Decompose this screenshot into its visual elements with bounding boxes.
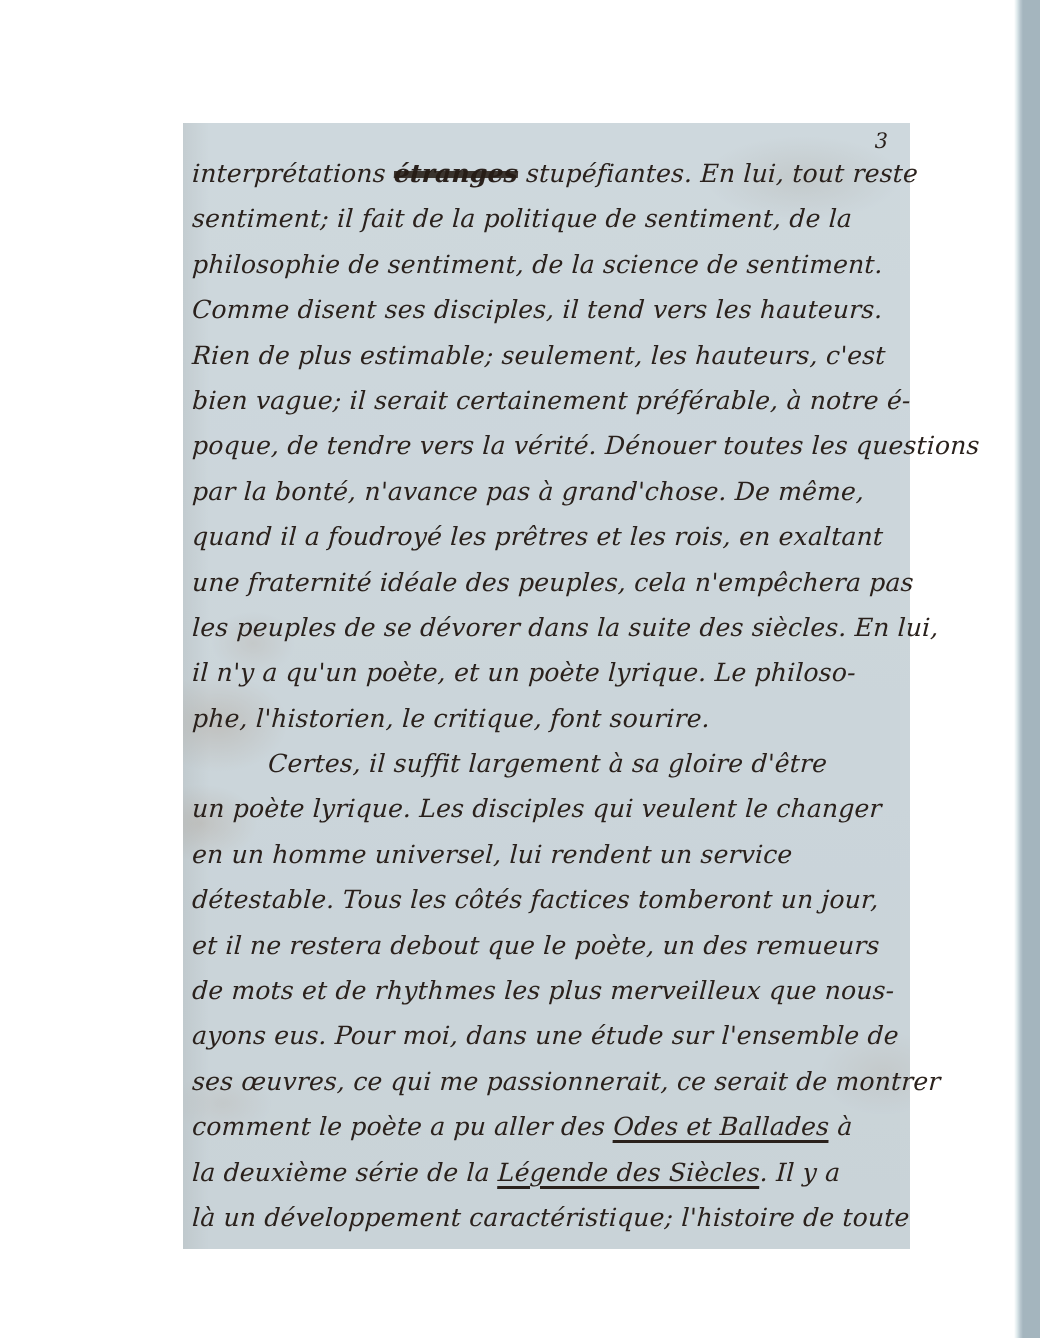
- text-segment: ayons eus. Pour moi, dans une étude sur …: [191, 1021, 899, 1050]
- manuscript-page: 3 interprétations étranges stupéfiantes.…: [183, 123, 910, 1249]
- text-segment: une fraternité idéale des peuples, cela …: [191, 568, 914, 597]
- text-segment: Comme disent ses disciples, il tend vers…: [191, 295, 883, 324]
- text-segment: par la bonté, n'avance pas à grand'chose…: [191, 477, 865, 506]
- text-segment: phe, l'historien, le critique, font sour…: [191, 704, 710, 733]
- text-segment: les peuples de se dévorer dans la suite …: [191, 613, 939, 642]
- text-segment: en un homme universel, lui rendent un se…: [191, 840, 793, 869]
- page-number: 3: [875, 129, 888, 153]
- manuscript-line: bien vague; il serait certainement préfé…: [191, 378, 908, 423]
- underlined-title: Odes et Ballades: [613, 1112, 830, 1141]
- text-segment: sentiment; il fait de la politique de se…: [191, 204, 852, 233]
- manuscript-text: interprétations étranges stupéfiantes. E…: [191, 151, 906, 1240]
- struck-out-word: étranges: [393, 159, 519, 188]
- manuscript-line: interprétations étranges stupéfiantes. E…: [191, 151, 908, 196]
- text-segment: un poète lyrique. Les disciples qui veul…: [191, 794, 882, 823]
- manuscript-line: ses œuvres, ce qui me passionnerait, ce …: [191, 1059, 908, 1104]
- manuscript-line: un poète lyrique. Les disciples qui veul…: [191, 786, 908, 831]
- text-segment: à: [829, 1112, 854, 1141]
- manuscript-line: en un homme universel, lui rendent un se…: [191, 832, 908, 877]
- text-segment: ses œuvres, ce qui me passionnerait, ce …: [191, 1067, 941, 1096]
- manuscript-line: et il ne restera debout que le poète, un…: [191, 923, 908, 968]
- text-segment: stupéfiantes. En lui, tout reste: [517, 159, 919, 188]
- manuscript-line: une fraternité idéale des peuples, cela …: [191, 560, 908, 605]
- text-segment: là un développement caractéristique; l'h…: [191, 1203, 910, 1232]
- manuscript-line: comment le poète a pu aller des Odes et …: [191, 1104, 908, 1149]
- manuscript-line: détestable. Tous les côtés factices tomb…: [191, 877, 908, 922]
- right-edge-bar: [1014, 0, 1040, 1338]
- manuscript-line: phe, l'historien, le critique, font sour…: [191, 696, 908, 741]
- text-segment: comment le poète a pu aller des: [191, 1112, 614, 1141]
- text-segment: poque, de tendre vers la vérité. Dénouer…: [191, 431, 980, 460]
- manuscript-line: de mots et de rhythmes les plus merveill…: [191, 968, 908, 1013]
- text-segment: Certes, il suffit largement à sa gloire …: [267, 749, 828, 778]
- manuscript-line: poque, de tendre vers la vérité. Dénouer…: [191, 423, 908, 468]
- text-segment: philosophie de sentiment, de la science …: [191, 250, 883, 279]
- manuscript-line: Comme disent ses disciples, il tend vers…: [191, 287, 908, 332]
- manuscript-line: ayons eus. Pour moi, dans une étude sur …: [191, 1013, 908, 1058]
- text-segment: bien vague; il serait certainement préfé…: [191, 386, 911, 415]
- manuscript-line: la deuxième série de la Légende des Sièc…: [191, 1150, 908, 1195]
- text-segment: la deuxième série de la: [191, 1158, 498, 1187]
- manuscript-line: là un développement caractéristique; l'h…: [191, 1195, 908, 1240]
- scanned-document-view: 3 interprétations étranges stupéfiantes.…: [0, 0, 1040, 1338]
- manuscript-line: les peuples de se dévorer dans la suite …: [191, 605, 908, 650]
- text-segment: Rien de plus estimable; seulement, les h…: [191, 341, 886, 370]
- underlined-title: Légende des Siècles: [497, 1158, 760, 1187]
- text-segment: détestable. Tous les côtés factices tomb…: [191, 885, 879, 914]
- manuscript-line: Rien de plus estimable; seulement, les h…: [191, 333, 908, 378]
- text-segment: interprétations: [191, 159, 394, 188]
- text-segment: et il ne restera debout que le poète, un…: [191, 931, 880, 960]
- manuscript-line: philosophie de sentiment, de la science …: [191, 242, 908, 287]
- manuscript-line: quand il a foudroyé les prêtres et les r…: [191, 514, 908, 559]
- manuscript-line: Certes, il suffit largement à sa gloire …: [191, 741, 908, 786]
- manuscript-line: par la bonté, n'avance pas à grand'chose…: [191, 469, 908, 514]
- manuscript-line: sentiment; il fait de la politique de se…: [191, 196, 908, 241]
- text-segment: de mots et de rhythmes les plus merveill…: [191, 976, 895, 1005]
- text-segment: il n'y a qu'un poète, et un poète lyriqu…: [191, 658, 856, 687]
- text-segment: quand il a foudroyé les prêtres et les r…: [191, 522, 884, 551]
- text-segment: . Il y a: [759, 1158, 841, 1187]
- manuscript-line: il n'y a qu'un poète, et un poète lyriqu…: [191, 650, 908, 695]
